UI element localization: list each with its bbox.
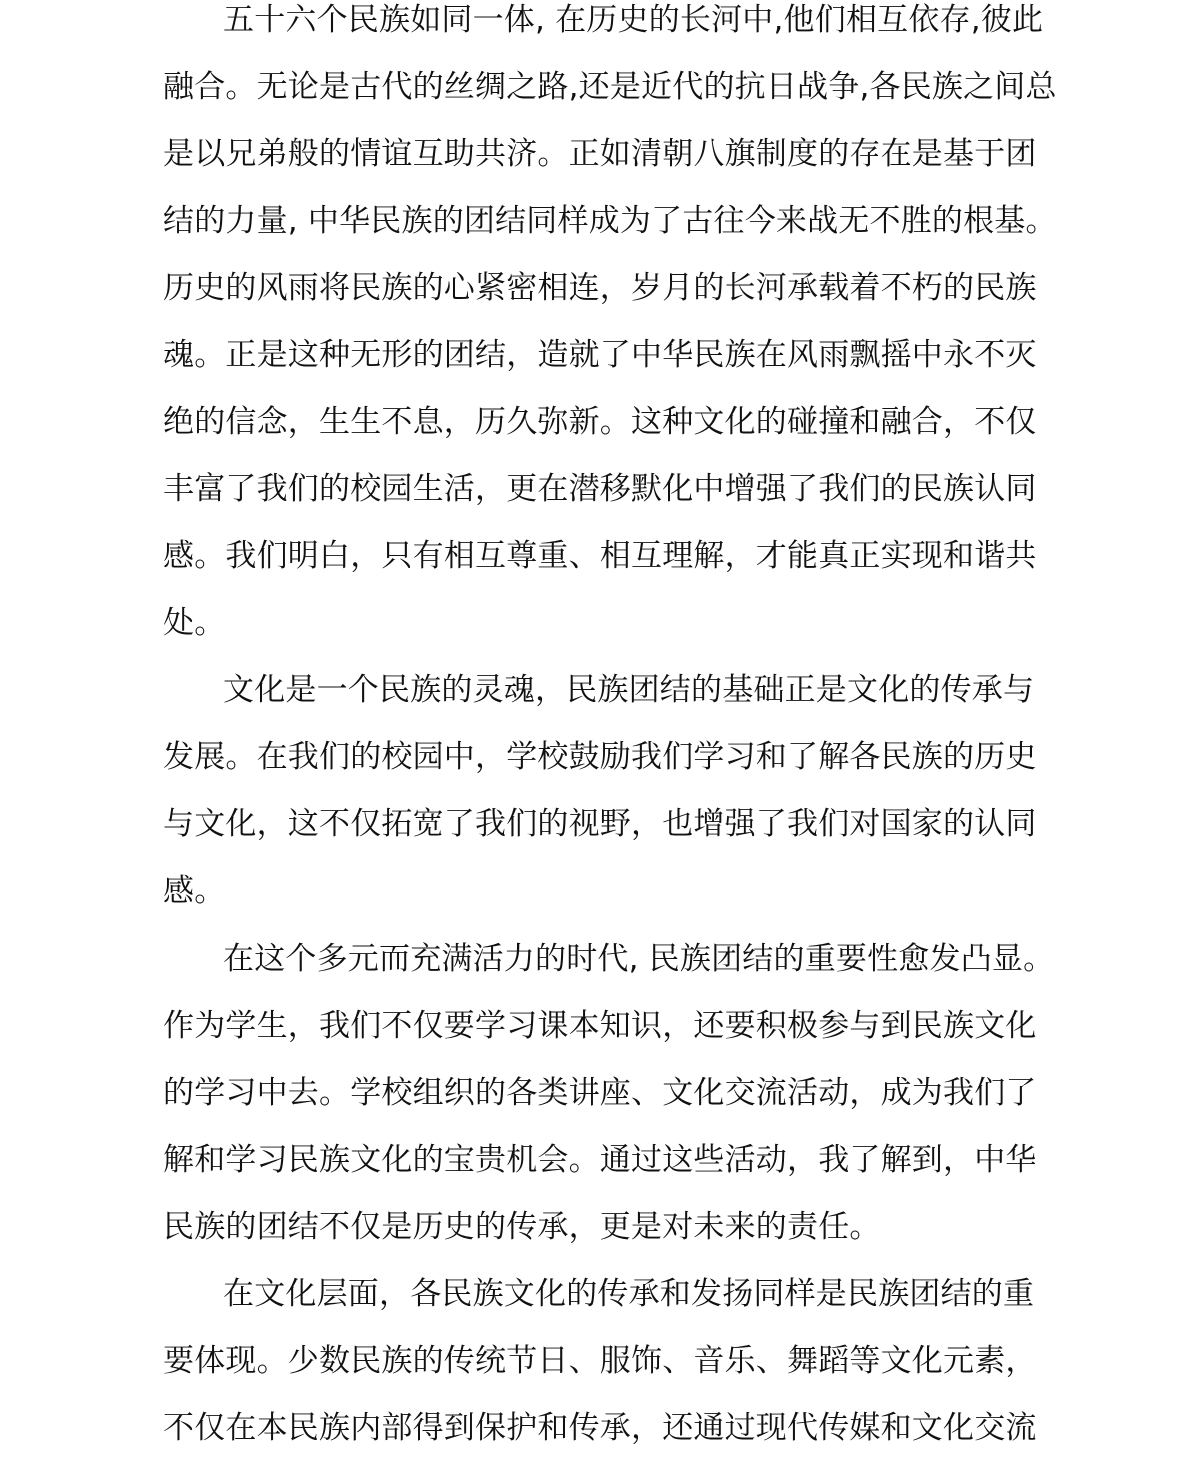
paragraph-3-line-1: 在这个多元而充满活力的时代, 民族团结的重要性愈发凸显。	[223, 939, 1054, 979]
paragraph-1-line-1: 五十六个民族如同一体, 在历史的长河中,他们相互依存,彼此	[223, 0, 1043, 40]
paragraph-2-line-1: 文化是一个民族的灵魂，民族团结的基础正是文化的传承与	[223, 670, 1034, 710]
paragraph-2-line-3: 与文化，这不仅拓宽了我们的视野，也增强了我们对国家的认同	[163, 804, 1037, 844]
paragraph-2-line-4: 感。	[163, 871, 225, 911]
paragraph-1-line-5: 历史的风雨将民族的心紧密相连，岁月的长河承载着不朽的民族	[163, 268, 1037, 308]
paragraph-2-line-2: 发展。在我们的校园中，学校鼓励我们学习和了解各民族的历史	[163, 737, 1037, 777]
paragraph-1-line-8: 丰富了我们的校园生活，更在潜移默化中增强了我们的民族认同	[163, 469, 1037, 509]
paragraph-4-line-2: 要体现。少数民族的传统节日、服饰、音乐、舞蹈等文化元素，	[163, 1341, 1037, 1381]
paragraph-1-line-3: 是以兄弟般的情谊互助共济。正如清朝八旗制度的存在是基于团	[163, 134, 1037, 174]
paragraph-3-line-3: 的学习中去。学校组织的各类讲座、文化交流活动，成为我们了	[163, 1073, 1037, 1113]
paragraph-1-line-4: 结的力量, 中华民族的团结同样成为了古往今来战无不胜的根基。	[163, 201, 1057, 241]
paragraph-3-line-4: 解和学习民族文化的宝贵机会。通过这些活动，我了解到，中华	[163, 1140, 1037, 1180]
paragraph-4-line-3: 不仅在本民族内部得到保护和传承，还通过现代传媒和文化交流	[163, 1408, 1037, 1448]
paragraph-3-line-5: 民族的团结不仅是历史的传承，更是对未来的责任。	[163, 1207, 881, 1247]
paragraph-1-line-9: 感。我们明白，只有相互尊重、相互理解，才能真正实现和谐共	[163, 536, 1037, 576]
paragraph-1-line-7: 绝的信念，生生不息，历久弥新。这种文化的碰撞和融合，不仅	[163, 402, 1037, 442]
paragraph-1-line-6: 魂。正是这种无形的团结，造就了中华民族在风雨飘摇中永不灭	[163, 335, 1037, 375]
paragraph-1-line-2: 融合。无论是古代的丝绸之路,还是近代的抗日战争,各民族之间总	[163, 67, 1057, 107]
paragraph-4-line-1: 在文化层面，各民族文化的传承和发扬同样是民族团结的重	[223, 1274, 1034, 1314]
paragraph-1-line-10: 处。	[163, 603, 225, 643]
paragraph-3-line-2: 作为学生，我们不仅要学习课本知识，还要积极参与到民族文化	[163, 1006, 1037, 1046]
